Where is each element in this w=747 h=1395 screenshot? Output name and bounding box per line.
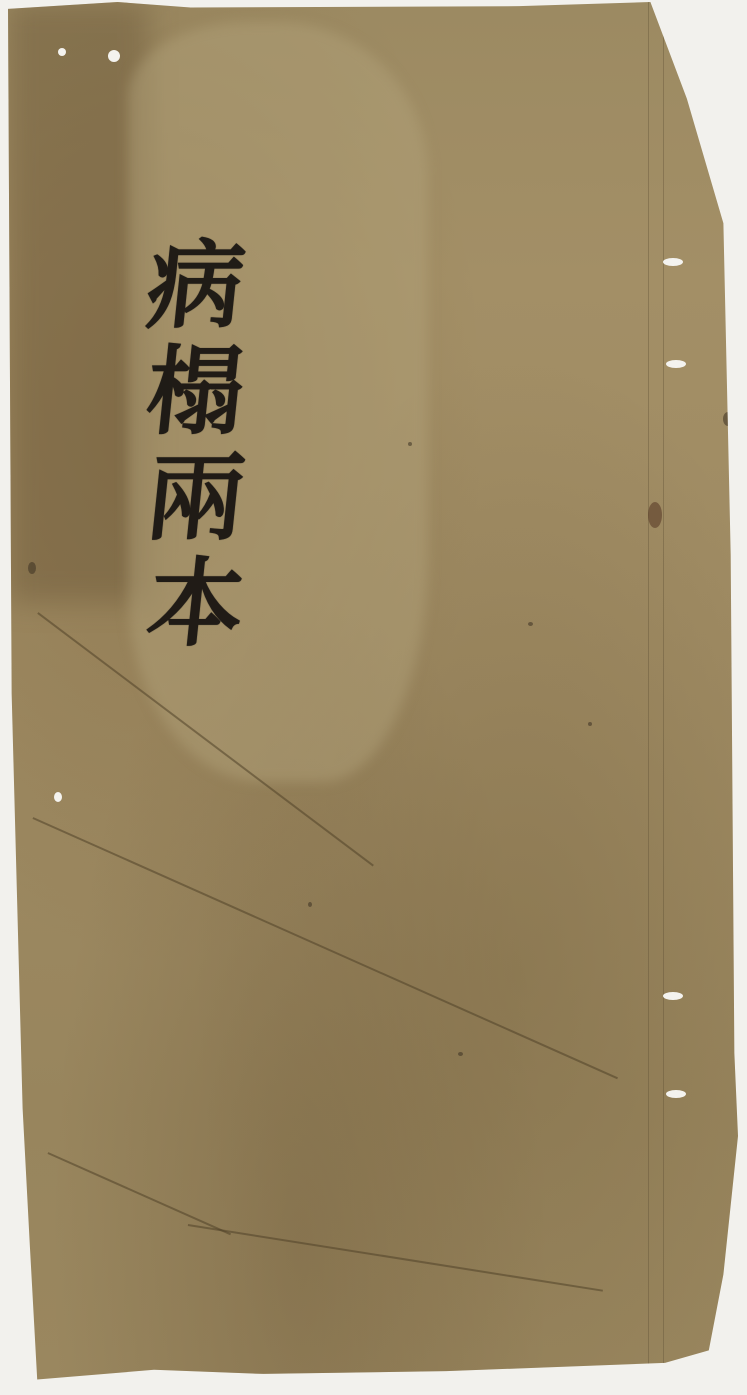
binding-hole xyxy=(663,992,683,1000)
cover-title: 病 榻 兩 本 xyxy=(136,234,256,656)
paper-crease xyxy=(48,1152,231,1235)
paper-crease xyxy=(188,1224,603,1291)
stain-spot xyxy=(528,622,533,626)
binding-fold-line xyxy=(663,2,664,1385)
wormhole xyxy=(108,50,120,62)
wormhole xyxy=(58,48,66,56)
stain-spot xyxy=(648,502,662,528)
wormhole xyxy=(54,792,62,802)
title-char-4: 本 xyxy=(143,552,250,656)
stain-spot xyxy=(588,722,592,726)
manuscript-cover: 病 榻 兩 本 xyxy=(8,2,738,1385)
binding-hole xyxy=(666,1090,686,1098)
stain-spot xyxy=(458,1052,463,1056)
binding-hole xyxy=(663,258,683,266)
title-char-1: 病 xyxy=(143,234,250,338)
stain-spot xyxy=(28,562,36,574)
stain-spot xyxy=(408,442,412,446)
paper-crease xyxy=(33,817,618,1079)
water-stain-dark xyxy=(8,2,148,602)
title-char-3: 兩 xyxy=(143,446,250,550)
title-char-2: 榻 xyxy=(143,340,250,444)
binding-hole xyxy=(666,360,686,368)
binding-fold-line xyxy=(648,2,649,1385)
stain-spot xyxy=(308,902,312,907)
